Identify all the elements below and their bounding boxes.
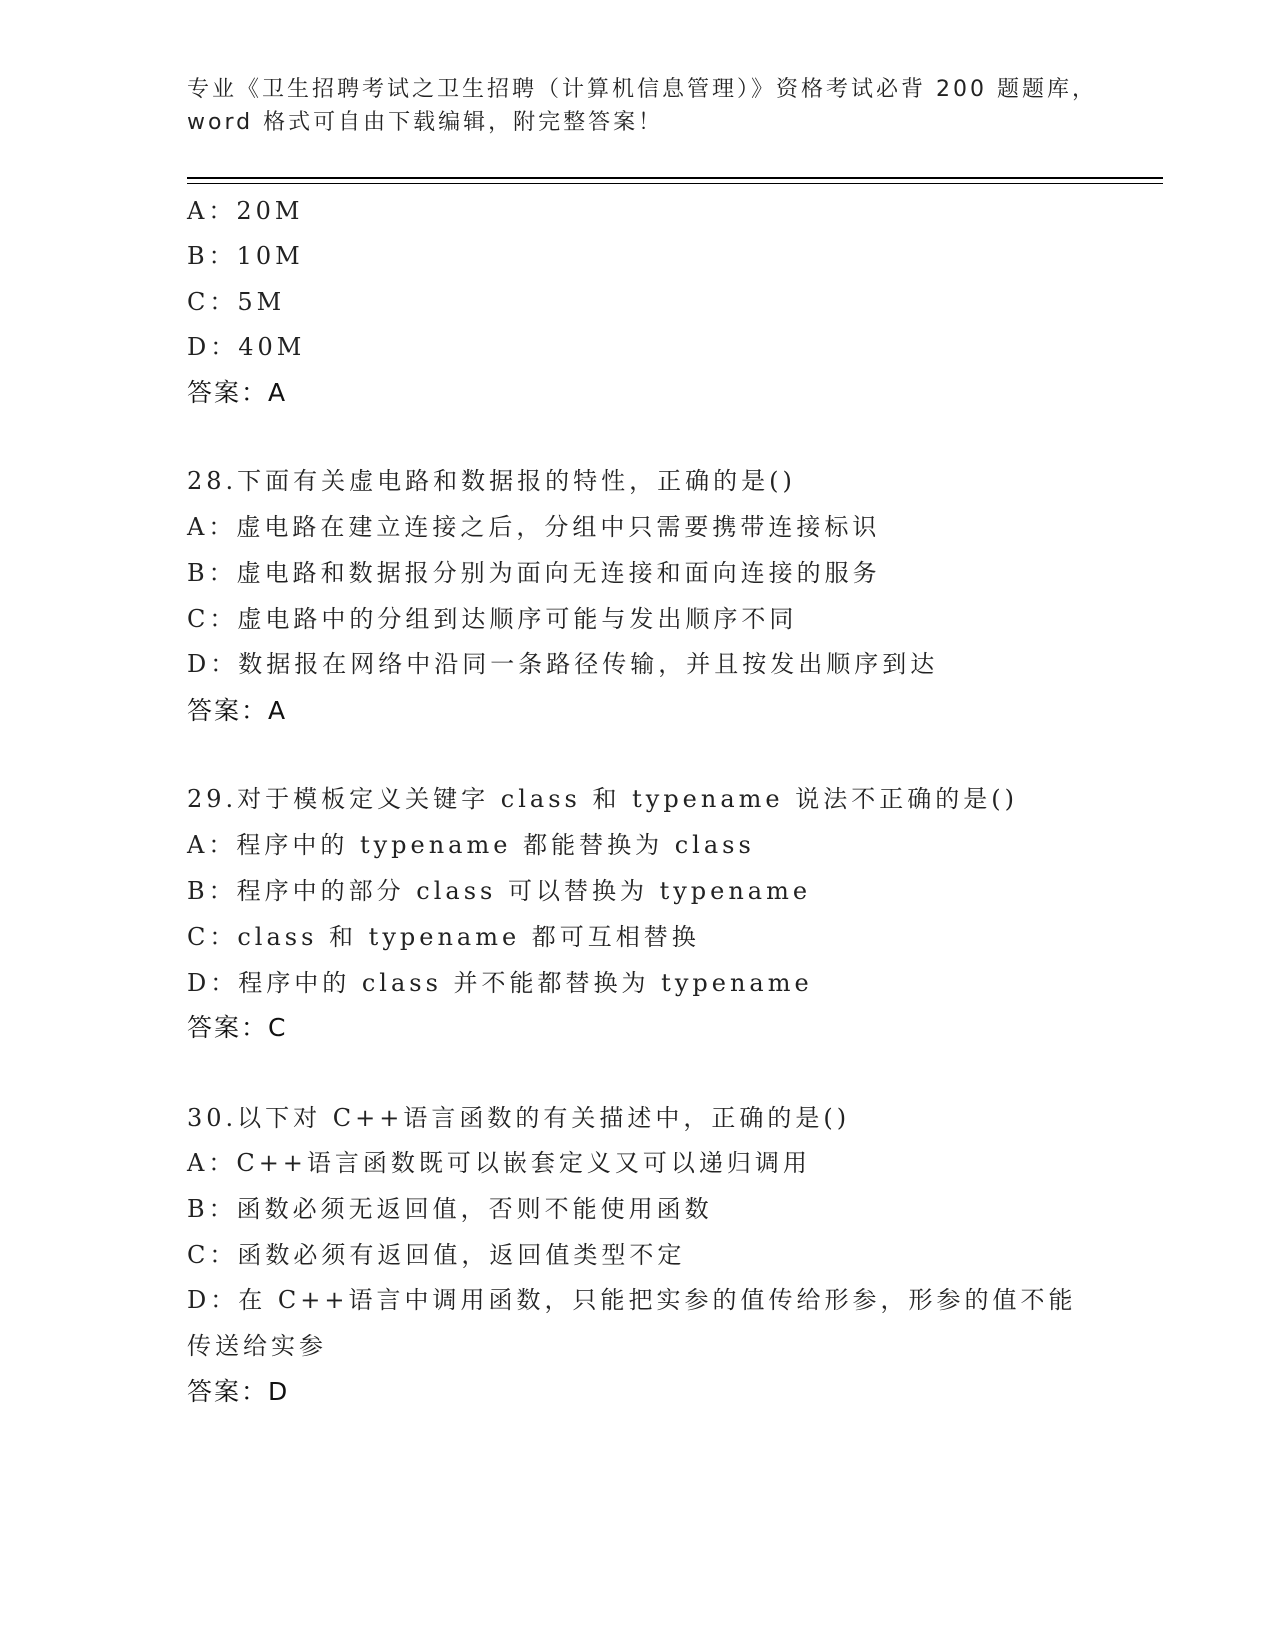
option-d-continuation: 传送给实参: [187, 1331, 327, 1361]
option-b: B：函数必须无返回值，否则不能使用函数: [187, 1194, 713, 1224]
question-title: 28.下面有关虚电路和数据报的特性，正确的是(): [187, 466, 796, 496]
option-d: D：数据报在网络中沿同一条路径传输，并且按发出顺序到达: [187, 649, 938, 679]
option-c: C：函数必须有返回值，返回值类型不定: [187, 1240, 685, 1270]
option-d: D：在 C++语言中调用函数，只能把实参的值传给形参，形参的值不能: [187, 1285, 1076, 1315]
header-title-line-1: 专业《卫生招聘考试之卫生招聘（计算机信息管理）》资格考试必背 200 题题库，: [187, 76, 1097, 104]
option-c: C：虚电路中的分组到达顺序可能与发出顺序不同: [187, 604, 797, 634]
question-title: 29.对于模板定义关键字 class 和 typename 说法不正确的是(): [187, 784, 1018, 814]
option-c: C：class 和 typename 都可互相替换: [187, 922, 700, 952]
header-title-line-2: word 格式可自由下载编辑，附完整答案！: [187, 109, 663, 137]
option-a: A：程序中的 typename 都能替换为 class: [187, 830, 755, 860]
option-d: D：40M: [187, 332, 305, 362]
answer: 答案：A: [187, 378, 287, 408]
option-c: C：5M: [187, 287, 285, 317]
answer: 答案：A: [187, 696, 287, 726]
document-page: 专业《卫生招聘考试之卫生招聘（计算机信息管理）》资格考试必背 200 题题库， …: [0, 0, 1275, 1650]
option-b: B：10M: [187, 241, 304, 271]
answer: 答案：C: [187, 1013, 287, 1043]
option-a: A：C++语言函数既可以嵌套定义又可以递归调用: [187, 1148, 811, 1178]
option-b: B：程序中的部分 class 可以替换为 typename: [187, 876, 811, 906]
option-a: A：虚电路在建立连接之后，分组中只需要携带连接标识: [187, 512, 880, 542]
option-b: B：虚电路和数据报分别为面向无连接和面向连接的服务: [187, 558, 881, 588]
option-a: A：20M: [187, 196, 303, 226]
answer: 答案：D: [187, 1377, 289, 1407]
option-d: D：程序中的 class 并不能都替换为 typename: [187, 968, 813, 998]
question-title: 30.以下对 C++语言函数的有关描述中，正确的是(): [187, 1103, 850, 1133]
header-double-rule: [187, 177, 1163, 184]
